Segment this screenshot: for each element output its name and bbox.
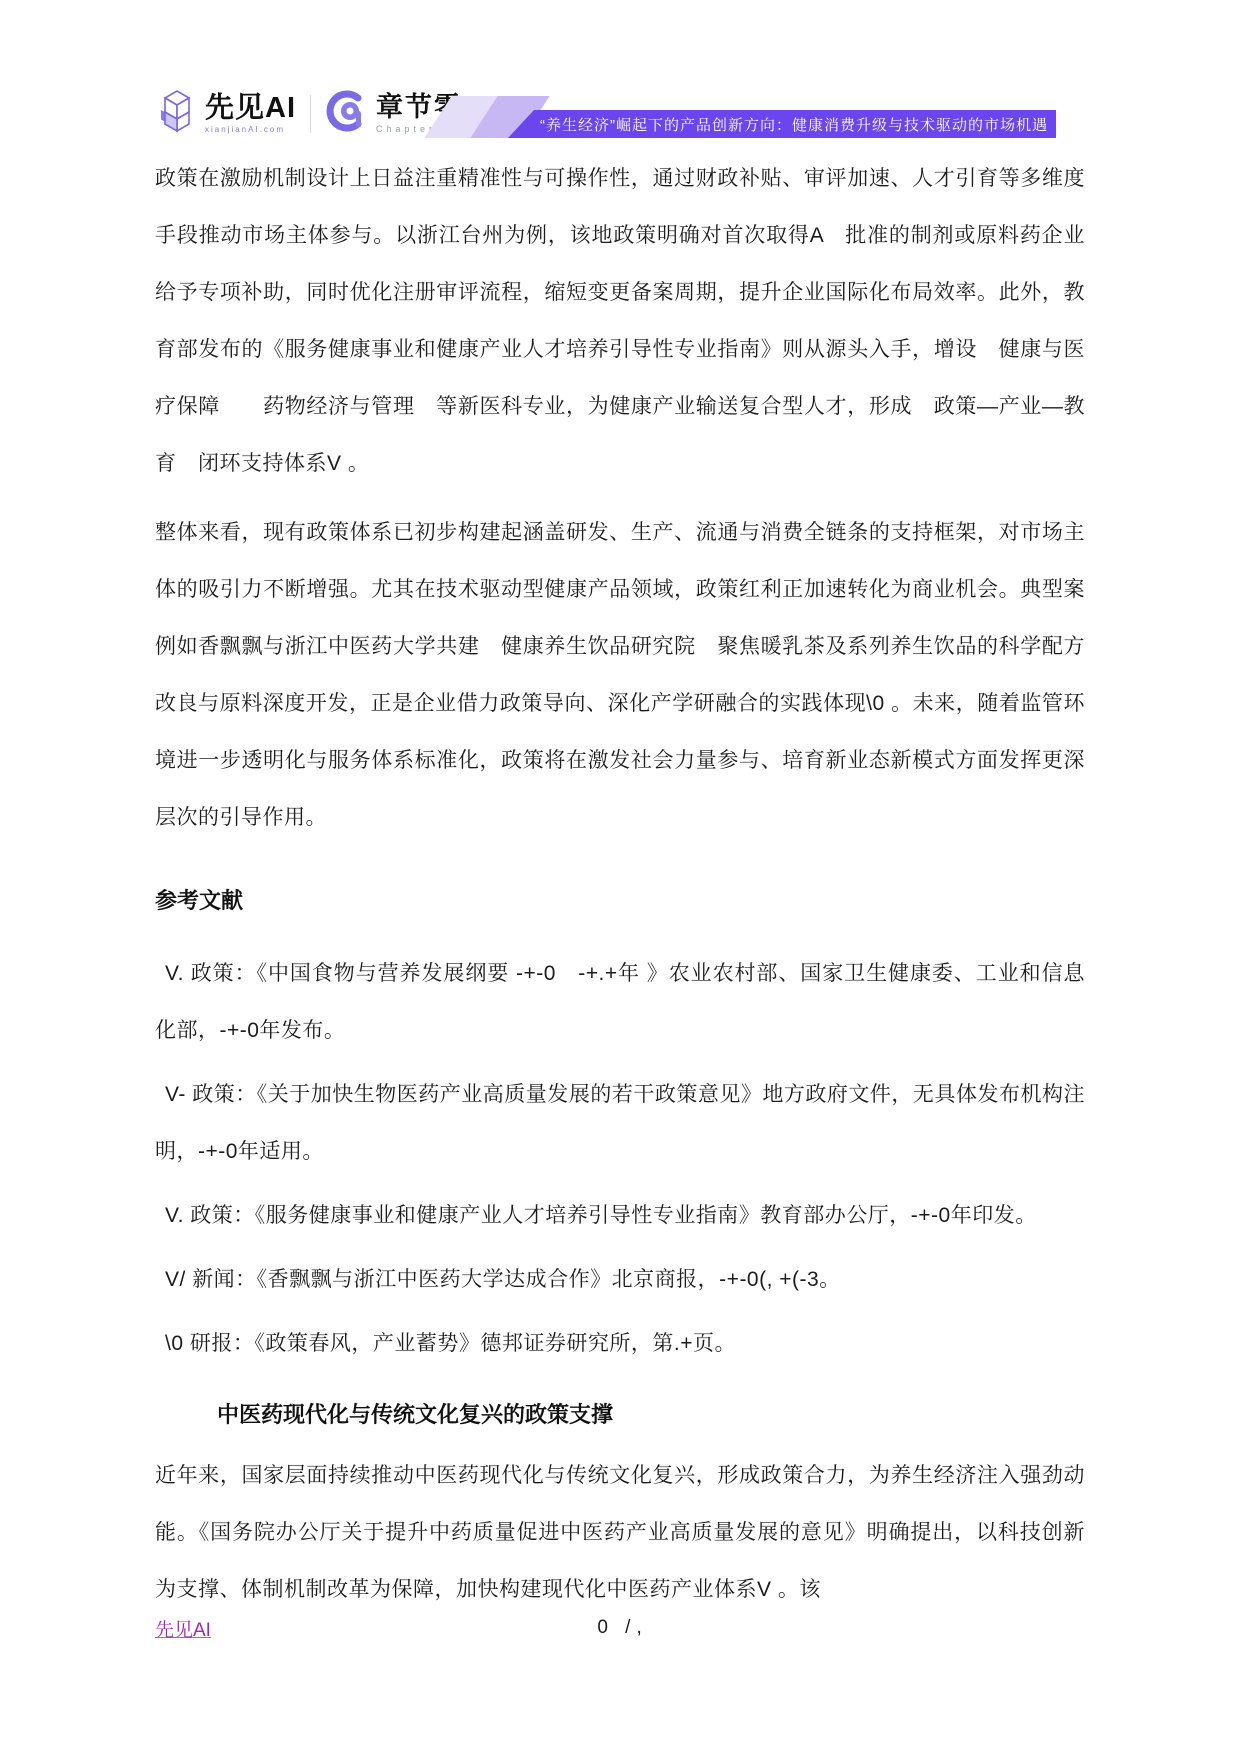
reference-text: 政策：《服务健康事业和健康产业人才培养引导性专业指南》教育部办公厅，-+-0年印… bbox=[190, 1204, 1036, 1227]
reference-item: \0 研报：《政策春风，产业蓄势》德邦证券研究所，第.+页。 bbox=[155, 1315, 1085, 1372]
brand-name: 先见AI bbox=[205, 94, 296, 123]
reference-text: 研报：《政策春风，产业蓄势》德邦证券研究所，第.+页。 bbox=[190, 1332, 736, 1355]
footer-brand-link[interactable]: 先见AI bbox=[155, 1615, 211, 1642]
reference-text: 政策：《中国食物与营养发展纲要 -+-0 -+.+年 》农业农村部、国家卫生健康… bbox=[155, 962, 1085, 1042]
document-body: 政策在激励机制设计上日益注重精准性与可操作性，通过财政补贴、审评加速、人才引育等… bbox=[0, 150, 1240, 1618]
paragraph-overall-view: 整体来看，现有政策体系已初步构建起涵盖研发、生产、流通与消费全链条的支持框架，对… bbox=[155, 504, 1085, 846]
document-page: 先见AI xianjianAI.com 章节零一 Chapter01 bbox=[0, 0, 1240, 1754]
reference-item: V- 政策：《关于加快生物医药产业高质量发展的若干政策意见》地方政府文件，无具体… bbox=[155, 1066, 1085, 1180]
reference-marker: V/ bbox=[165, 1268, 186, 1291]
banner-title: “养生经济”崛起下的产品创新方向：健康消费升级与技术驱动的市场机遇 bbox=[540, 114, 1056, 135]
page-number: 0 /, bbox=[597, 1617, 647, 1639]
paragraph-policy-mechanism: 政策在激励机制设计上日益注重精准性与可操作性，通过财政补贴、审评加速、人才引育等… bbox=[155, 150, 1085, 492]
cube-logo-icon bbox=[155, 88, 199, 139]
reference-item: V. 政策：《中国食物与营养发展纲要 -+-0 -+.+年 》农业农村部、国家卫… bbox=[155, 945, 1085, 1059]
section-subheading: 中医药现代化与传统文化复兴的政策支撑 bbox=[155, 1386, 1085, 1443]
page-header: 先见AI xianjianAI.com 章节零一 Chapter01 bbox=[0, 0, 1240, 150]
reference-item: V/ 新闻：《香飘飘与浙江中医药大学达成合作》北京商报，-+-0(, +(-3。 bbox=[155, 1251, 1085, 1308]
brand-subtitle: xianjianAI.com bbox=[205, 126, 296, 134]
paragraph-tcm-modernization: 近年来，国家层面持续推动中医药现代化与传统文化复兴，形成政策合力，为养生经济注入… bbox=[155, 1447, 1085, 1618]
reference-marker: V. bbox=[165, 1204, 184, 1227]
reference-item: V. 政策：《服务健康事业和健康产业人才培养引导性专业指南》教育部办公厅，-+-… bbox=[155, 1187, 1085, 1244]
reference-text: 政策：《关于加快生物医药产业高质量发展的若干政策意见》地方政府文件，无具体发布机… bbox=[155, 1083, 1085, 1163]
reference-marker: \0 bbox=[165, 1332, 184, 1355]
banner-bar: “养生经济”崛起下的产品创新方向：健康消费升级与技术驱动的市场机遇 bbox=[508, 110, 1056, 138]
reference-text: 新闻：《香飘飘与浙江中医药大学达成合作》北京商报，-+-0(, +(-3。 bbox=[192, 1268, 841, 1291]
reference-marker: V. bbox=[165, 962, 184, 985]
chapter-title-banner: “养生经济”崛起下的产品创新方向：健康消费升级与技术驱动的市场机遇 bbox=[420, 110, 1056, 138]
xianjian-ai-logo[interactable]: 先见AI xianjianAI.com bbox=[155, 88, 296, 139]
logo-divider bbox=[310, 95, 311, 133]
page-footer: 先见AI 0 /, bbox=[155, 1608, 1085, 1648]
brand-text-block: 先见AI xianjianAI.com bbox=[205, 94, 296, 134]
references-heading: 参考文献 bbox=[155, 872, 1085, 929]
reference-marker: V- bbox=[165, 1083, 186, 1106]
chapter-circle-icon bbox=[325, 89, 369, 138]
